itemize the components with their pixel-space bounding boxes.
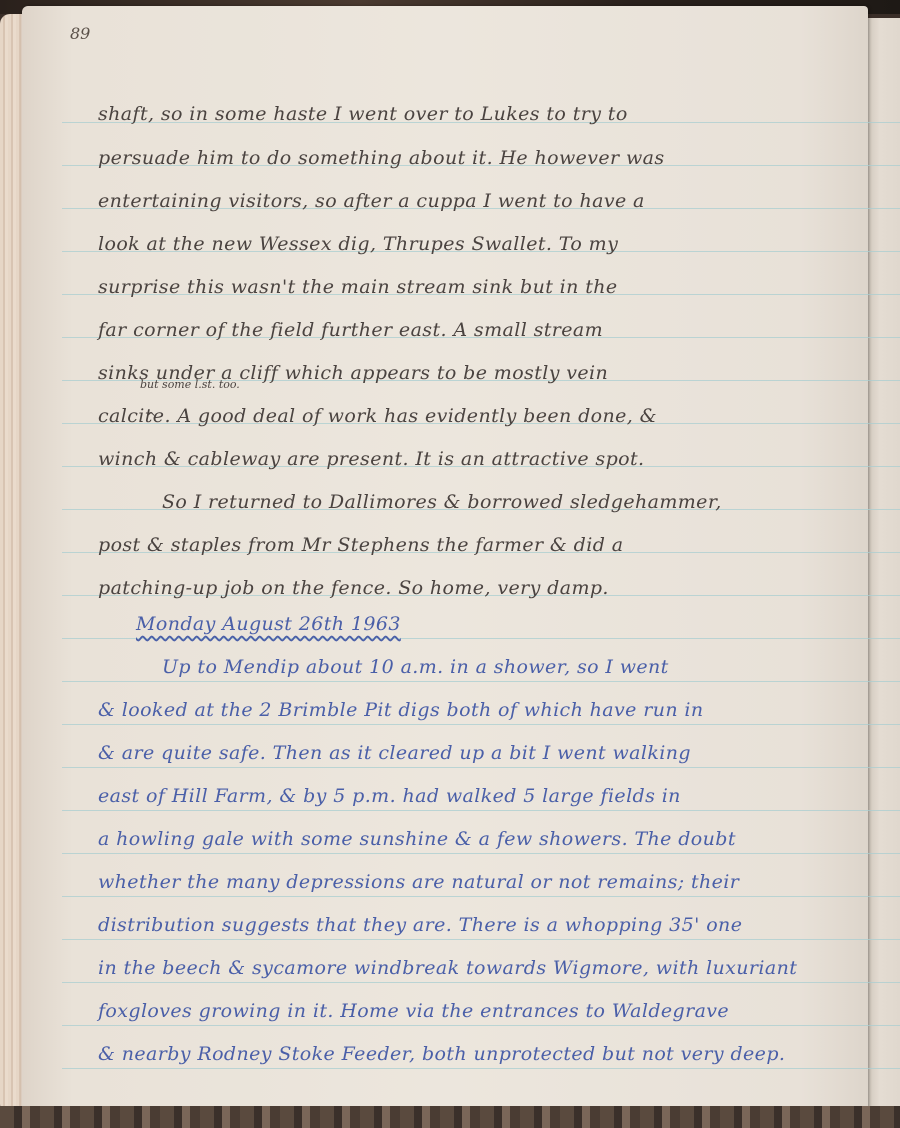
ruled-line bbox=[62, 896, 900, 897]
text-line: sinks under a cliff which appears to be … bbox=[98, 361, 898, 385]
text-line: So I returned to Dallimores & borrowed s… bbox=[162, 490, 900, 514]
ruled-line bbox=[62, 767, 900, 768]
ruled-line bbox=[62, 681, 900, 682]
text-line: foxgloves growing in it. Home via the en… bbox=[98, 999, 898, 1023]
text-line: surprise this wasn't the main stream sin… bbox=[98, 275, 898, 299]
text-line: winch & cableway are present. It is an a… bbox=[98, 447, 898, 471]
text-line: distribution suggests that they are. The… bbox=[98, 913, 898, 937]
notebook-page: 89 but some l.st. too. ^ shaft, so in so… bbox=[22, 6, 868, 1118]
ruled-line bbox=[62, 939, 900, 940]
text-line: entertaining visitors, so after a cuppa … bbox=[98, 189, 898, 213]
text-line: a howling gale with some sunshine & a fe… bbox=[98, 827, 898, 851]
text-line: Up to Mendip about 10 a.m. in a shower, … bbox=[162, 655, 900, 679]
page-number: 89 bbox=[70, 24, 90, 43]
ruled-line bbox=[62, 810, 900, 811]
entry-heading: Monday August 26th 1963 bbox=[136, 612, 900, 636]
ruled-line bbox=[62, 982, 900, 983]
ruled-line bbox=[62, 1025, 900, 1026]
ruled-line bbox=[62, 724, 900, 725]
text-line: & are quite safe. Then as it cleared up … bbox=[98, 741, 898, 765]
facing-page-edge bbox=[866, 18, 900, 1108]
background-bottom bbox=[0, 1106, 900, 1128]
text-line: calcite. A good deal of work has evident… bbox=[98, 404, 898, 428]
text-line: whether the many depressions are natural… bbox=[98, 870, 898, 894]
text-line: look at the new Wessex dig, Thrupes Swal… bbox=[98, 232, 898, 256]
text-line: & looked at the 2 Brimble Pit digs both … bbox=[98, 698, 898, 722]
text-line: patching-up job on the fence. So home, v… bbox=[98, 576, 898, 600]
text-line: & nearby Rodney Stoke Feeder, both unpro… bbox=[98, 1042, 898, 1066]
text-line: far corner of the field further east. A … bbox=[98, 318, 898, 342]
text-line: post & staples from Mr Stephens the farm… bbox=[98, 533, 898, 557]
text-line: persuade him to do something about it. H… bbox=[98, 146, 898, 170]
ruled-line bbox=[62, 638, 900, 639]
text-line: in the beech & sycamore windbreak toward… bbox=[98, 956, 898, 980]
text-line: shaft, so in some haste I went over to L… bbox=[98, 102, 898, 126]
text-line: east of Hill Farm, & by 5 p.m. had walke… bbox=[98, 784, 898, 808]
ruled-line bbox=[62, 853, 900, 854]
ruled-line bbox=[62, 1068, 900, 1069]
